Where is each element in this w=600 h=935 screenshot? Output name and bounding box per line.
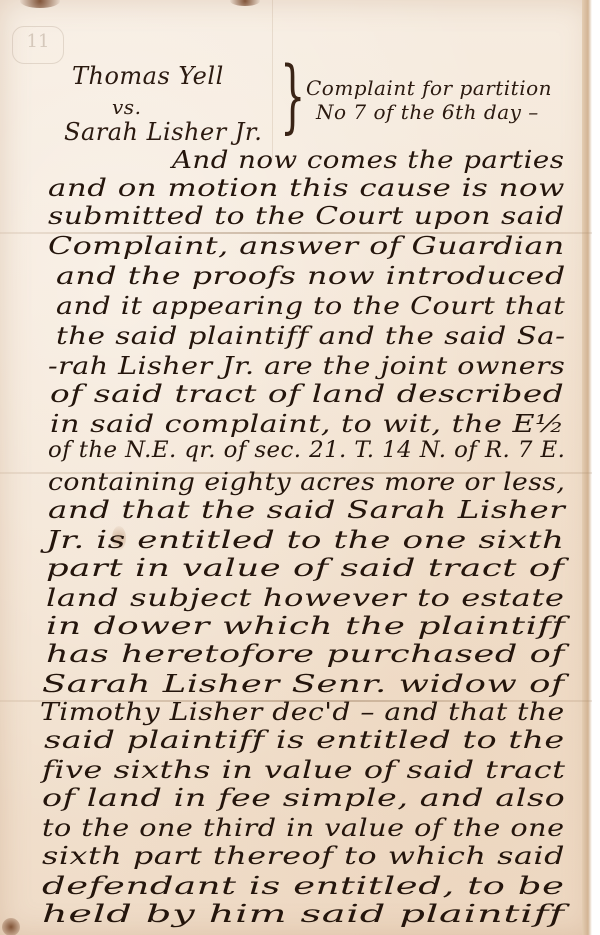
body-line: defendant is entitled, to be: [42, 872, 565, 900]
ink-stain: [230, 0, 260, 6]
body-line: Jr. is entitled to the one sixth: [46, 526, 565, 554]
case-title-line-2: No 7 of the 6th day –: [316, 100, 539, 124]
versus-label: vs.: [112, 95, 141, 119]
case-title-line-1: Complaint for partition: [306, 76, 552, 100]
body-line: and on motion this cause is now: [48, 174, 565, 202]
body-line: in said complaint, to wit, the E½: [50, 410, 565, 438]
body-line: of the N.E. qr. of sec. 21. T. 14 N. of …: [48, 438, 565, 463]
body-line: and that the said Sarah Lisher: [48, 496, 565, 524]
body-line: part in value of said tract of: [46, 554, 564, 582]
body-line: in dower which the plaintiff: [46, 612, 565, 640]
paper-fold-vertical: [272, 0, 273, 160]
body-line: And now comes the parties: [172, 146, 564, 174]
body-line: land subject however to estate: [46, 584, 564, 612]
body-line: sixth part thereof to which said: [42, 842, 565, 870]
ink-stain: [20, 0, 60, 8]
body-line: Sarah Lisher Senr. widow of: [42, 670, 565, 698]
body-line: of said tract of land described: [50, 380, 564, 408]
ink-stain: [2, 918, 20, 935]
caption-brace: }: [280, 56, 305, 136]
body-line: Complaint, answer of Guardian: [48, 232, 565, 260]
body-line: containing eighty acres more or less,: [48, 468, 565, 496]
body-line: has heretofore purchased of: [46, 640, 565, 668]
body-line: five sixths in value of said tract: [42, 756, 565, 784]
body-line: the said plaintiff and the said Sa-: [56, 322, 565, 350]
embossed-stamp: 11: [12, 26, 64, 64]
stamp-label: 11: [27, 31, 50, 52]
body-line: submitted to the Court upon said: [48, 202, 565, 230]
body-line: held by him said plaintiff: [42, 900, 565, 928]
page-edge: [582, 0, 592, 935]
body-line: -rah Lisher Jr. are the joint owners: [48, 352, 565, 380]
body-line: Timothy Lisher dec'd – and that the: [40, 698, 565, 726]
document-page: 11 Thomas Yell vs. Sarah Lisher Jr. } Co…: [0, 0, 592, 935]
body-line: of land in fee simple, and also: [42, 784, 565, 812]
body-line: and the proofs now introduced: [56, 262, 566, 290]
defendant-name: Sarah Lisher Jr.: [64, 118, 262, 146]
body-line: and it appearing to the Court that: [56, 292, 565, 320]
body-line: said plaintiff is entitled to the: [44, 726, 565, 754]
plaintiff-name: Thomas Yell: [72, 62, 224, 90]
body-line: to the one third in value of the one: [42, 814, 565, 842]
